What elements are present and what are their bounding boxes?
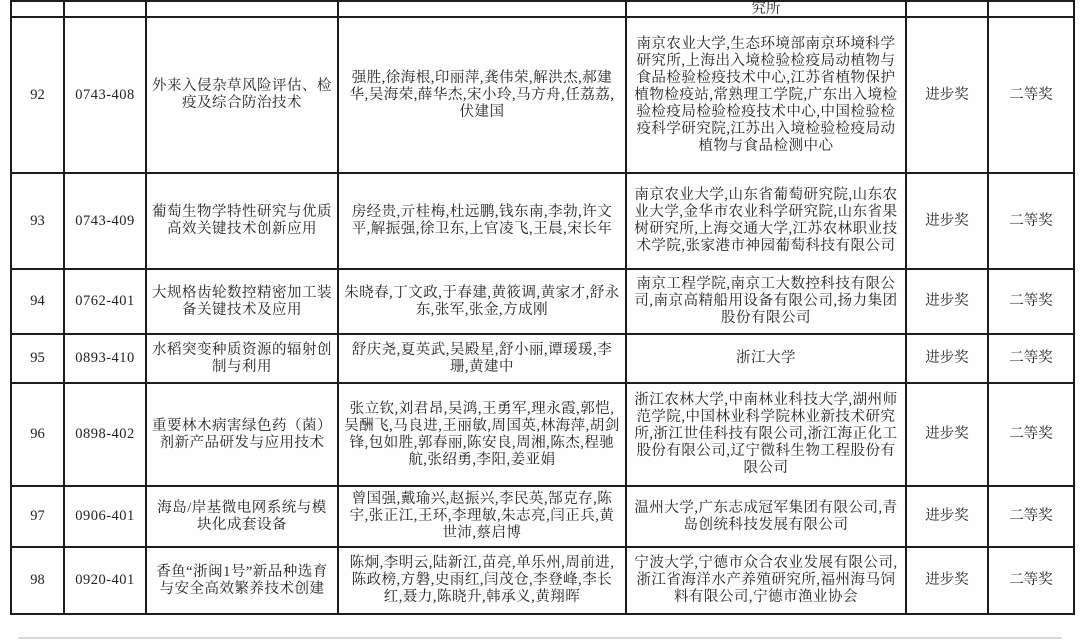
table-row: 920743-408外来入侵杂草风险评估、检疫及综合防治技术强胜,徐海根,印丽萍… [11, 17, 1074, 173]
code-cell: 0898-402 [64, 383, 146, 486]
code-cell: 0893-410 [64, 334, 146, 383]
project-cell [146, 1, 338, 17]
table-row: 970906-401海岛/岸基微电网系统与模块化成套设备曾国强,戴瑜兴,赵振兴,… [11, 486, 1074, 547]
rank-cell [11, 1, 64, 17]
rank-cell: 97 [11, 486, 64, 547]
people-cell: 曾国强,戴瑜兴,赵振兴,李民英,郜克存,陈宇,张正江,王环,李理敏,朱志亮,闫正… [338, 486, 626, 547]
award-grade-cell: 二等奖 [988, 547, 1074, 614]
award-grade-cell: 二等奖 [988, 173, 1074, 269]
rank-cell: 96 [11, 383, 64, 486]
award-type-cell: 进步奖 [906, 486, 988, 547]
award-type-cell: 进步奖 [906, 547, 988, 614]
people-cell: 朱晓春,丁文政,于春建,黄筱调,黄家才,舒永东,张军,张金,方成刚 [338, 269, 626, 334]
people-cell: 舒庆尧,夏英武,吴殿星,舒小丽,谭瑗瑗,李珊,黄建中 [338, 334, 626, 383]
code-cell [64, 1, 146, 17]
awards-table: 究所 920743-408外来入侵杂草风险评估、检疫及综合防治技术强胜,徐海根,… [10, 0, 1075, 615]
code-cell: 0920-401 [64, 547, 146, 614]
award-type-cell: 进步奖 [906, 269, 988, 334]
rank-cell: 94 [11, 269, 64, 334]
award-type-cell: 进步奖 [906, 173, 988, 269]
truncated-org-text: 究所 [752, 2, 781, 16]
awards-document-page: 究所 920743-408外来入侵杂草风险评估、检疫及综合防治技术强胜,徐海根,… [0, 0, 1080, 641]
orgs-cell: 温州大学,广东志成冠军集团有限公司,青岛创统科技发展有限公司 [626, 486, 906, 547]
award-grade-cell: 二等奖 [988, 486, 1074, 547]
people-cell [338, 1, 626, 17]
orgs-cell: 南京工程学院,南京工大数控科技有限公司,南京高精船用设备有限公司,扬力集团股份有… [626, 269, 906, 334]
people-cell: 房经贵,亓桂梅,杜远鹏,钱东南,李勃,许文平,解振强,徐卫东,上官凌飞,王晨,宋… [338, 173, 626, 269]
code-cell: 0743-409 [64, 173, 146, 269]
rank-cell: 95 [11, 334, 64, 383]
code-cell: 0906-401 [64, 486, 146, 547]
project-cell: 外来入侵杂草风险评估、检疫及综合防治技术 [146, 17, 338, 173]
award-type-cell: 进步奖 [906, 17, 988, 173]
code-cell: 0762-401 [64, 269, 146, 334]
page-bottom-shadow [18, 637, 1062, 639]
orgs-cell: 浙江大学 [626, 334, 906, 383]
award-grade-cell: 二等奖 [988, 269, 1074, 334]
people-cell: 陈炯,李明云,陆新江,苗亮,单乐州,周前进,陈政榜,方磐,史雨红,闫茂仓,李登峰… [338, 547, 626, 614]
table-row: 980920-401香鱼“浙闽1号”新品种选育与安全高效繁养技术创建陈炯,李明云… [11, 547, 1074, 614]
table-row: 940762-401大规格齿轮数控精密加工装备关键技术及应用朱晓春,丁文政,于春… [11, 269, 1074, 334]
rank-cell: 93 [11, 173, 64, 269]
project-cell: 葡萄生物学特性研究与优质高效关键技术创新应用 [146, 173, 338, 269]
orgs-cell: 南京农业大学,山东省葡萄研究院,山东农业大学,金华市农业科学研究院,山东省果树研… [626, 173, 906, 269]
award-grade-cell [988, 1, 1074, 17]
award-grade-cell: 二等奖 [988, 17, 1074, 173]
award-type-cell [906, 1, 988, 17]
award-type-cell: 进步奖 [906, 334, 988, 383]
rank-cell: 98 [11, 547, 64, 614]
truncated-top-row: 究所 [11, 1, 1074, 17]
project-cell: 海岛/岸基微电网系统与模块化成套设备 [146, 486, 338, 547]
people-cell: 张立钦,刘君昂,吴鸿,王勇军,理永霞,郭恺,吴酬飞,马良进,王丽敏,周国英,林海… [338, 383, 626, 486]
award-grade-cell: 二等奖 [988, 383, 1074, 486]
table-row: 960898-402重要林木病害绿色药（菌）剂新产品研发与应用技术张立钦,刘君昂… [11, 383, 1074, 486]
orgs-cell: 浙江农林大学,中南林业科技大学,湖州师范学院,中国林业科学院林业新技术研究所,浙… [626, 383, 906, 486]
code-cell: 0743-408 [64, 17, 146, 173]
orgs-cell: 究所 [626, 1, 906, 17]
table-row: 950893-410水稻突变种质资源的辐射创制与利用舒庆尧,夏英武,吴殿星,舒小… [11, 334, 1074, 383]
people-cell: 强胜,徐海根,印丽萍,龚伟荣,解洪杰,郝建华,吴海荣,薛华杰,宋小玲,马方舟,任… [338, 17, 626, 173]
award-grade-cell: 二等奖 [988, 334, 1074, 383]
table-row: 930743-409葡萄生物学特性研究与优质高效关键技术创新应用房经贵,亓桂梅,… [11, 173, 1074, 269]
project-cell: 香鱼“浙闽1号”新品种选育与安全高效繁养技术创建 [146, 547, 338, 614]
project-cell: 重要林木病害绿色药（菌）剂新产品研发与应用技术 [146, 383, 338, 486]
project-cell: 大规格齿轮数控精密加工装备关键技术及应用 [146, 269, 338, 334]
orgs-cell: 南京农业大学,生态环境部南京环境科学研究所,上海出入境检验检疫局动植物与食品检验… [626, 17, 906, 173]
orgs-cell: 宁波大学,宁德市众合农业发展有限公司,浙江省海洋水产养殖研究所,福州海马饲料有限… [626, 547, 906, 614]
rank-cell: 92 [11, 17, 64, 173]
award-type-cell: 进步奖 [906, 383, 988, 486]
project-cell: 水稻突变种质资源的辐射创制与利用 [146, 334, 338, 383]
